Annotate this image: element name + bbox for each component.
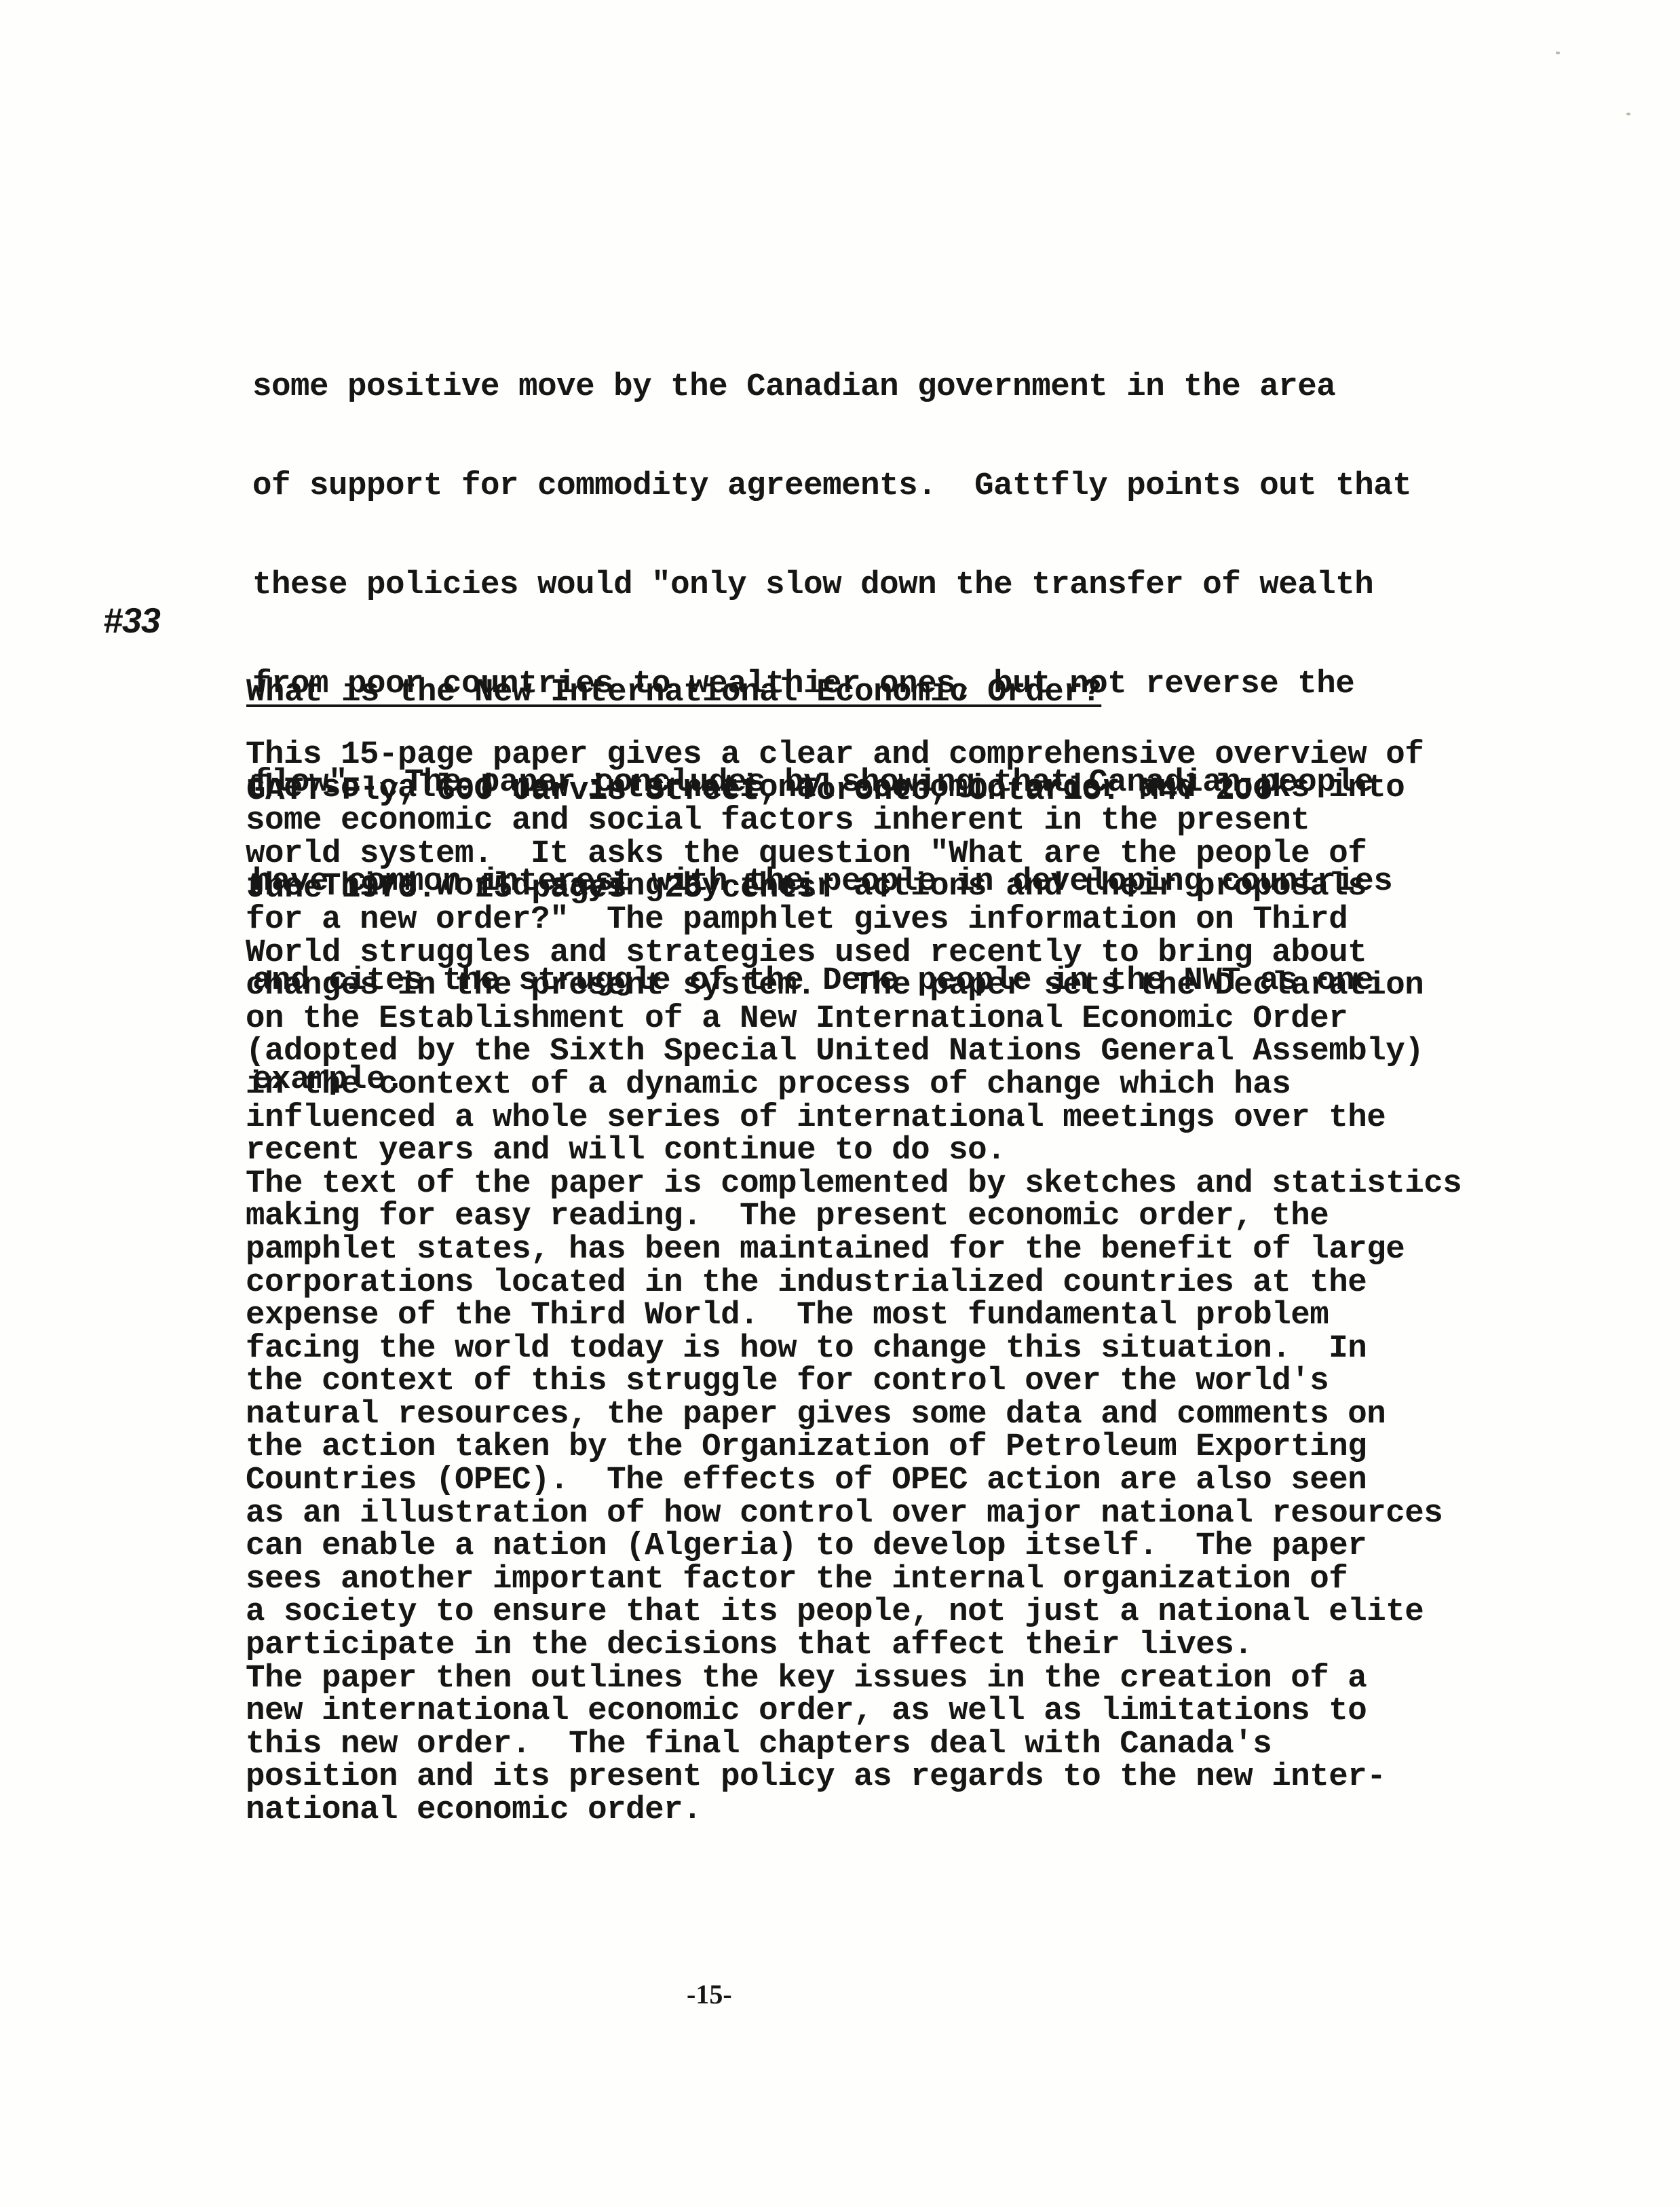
entry-summary: This 15-page paper gives a clear and com… xyxy=(246,738,1462,1827)
text-line: the Third World saying by their actions … xyxy=(246,870,1462,903)
text-line: new international economic order, as wel… xyxy=(246,1695,1462,1728)
text-line: changes in the present system. The paper… xyxy=(246,969,1462,1002)
text-line: making for easy reading. The present eco… xyxy=(246,1200,1462,1233)
text-line: Countries (OPEC). The effects of OPEC ac… xyxy=(246,1464,1462,1497)
page-number: -15- xyxy=(687,1978,732,2010)
scan-speck xyxy=(1556,52,1560,54)
text-line: for a new order?" The pamphlet gives inf… xyxy=(246,903,1462,937)
text-line: natural resources, the paper gives some … xyxy=(246,1398,1462,1431)
text-line: position and its present policy as regar… xyxy=(246,1760,1462,1794)
text-line: can enable a nation (Algeria) to develop… xyxy=(246,1530,1462,1563)
text-line: pamphlet states, has been maintained for… xyxy=(246,1233,1462,1266)
text-line: corporations located in the industrializ… xyxy=(246,1266,1462,1300)
text-line: these policies would "only slow down the… xyxy=(252,569,1411,602)
text-line: The paper then outlines the key issues i… xyxy=(246,1662,1462,1695)
text-line: the context of this struggle for control… xyxy=(246,1365,1462,1398)
text-line: the so-called new international economic… xyxy=(246,772,1462,805)
entry-title: What is the New International Economic O… xyxy=(246,676,1101,709)
text-line: a society to ensure that its people, not… xyxy=(246,1596,1462,1629)
text-line: as an illustration of how control over m… xyxy=(246,1497,1462,1530)
text-line: The text of the paper is complemented by… xyxy=(246,1167,1462,1201)
text-line: this new order. The final chapters deal … xyxy=(246,1728,1462,1761)
text-line: some economic and social factors inheren… xyxy=(246,804,1462,837)
entry-number: #33 xyxy=(103,601,160,641)
text-line: World struggles and strategies used rece… xyxy=(246,937,1462,970)
text-line: influenced a whole series of internation… xyxy=(246,1101,1462,1135)
scan-speck xyxy=(1626,113,1630,115)
text-line: facing the world today is how to change … xyxy=(246,1332,1462,1365)
text-line: This 15-page paper gives a clear and com… xyxy=(246,738,1462,772)
text-line: (adopted by the Sixth Special United Nat… xyxy=(246,1035,1462,1068)
document-page: some positive move by the Canadian gover… xyxy=(0,0,1680,2207)
text-line: of support for commodity agreements. Gat… xyxy=(252,470,1411,503)
text-line: participate in the decisions that affect… xyxy=(246,1629,1462,1662)
text-line: world system. It asks the question "What… xyxy=(246,837,1462,871)
text-line: in the context of a dynamic process of c… xyxy=(246,1068,1462,1101)
text-line: recent years and will continue to do so. xyxy=(246,1134,1462,1167)
text-line: the action taken by the Organization of … xyxy=(246,1431,1462,1464)
text-line: sees another important factor the intern… xyxy=(246,1563,1462,1596)
text-line: on the Establishment of a New Internatio… xyxy=(246,1002,1462,1036)
text-line: expense of the Third World. The most fun… xyxy=(246,1299,1462,1332)
text-line: some positive move by the Canadian gover… xyxy=(252,371,1411,404)
text-line: national economic order. xyxy=(246,1794,1462,1827)
